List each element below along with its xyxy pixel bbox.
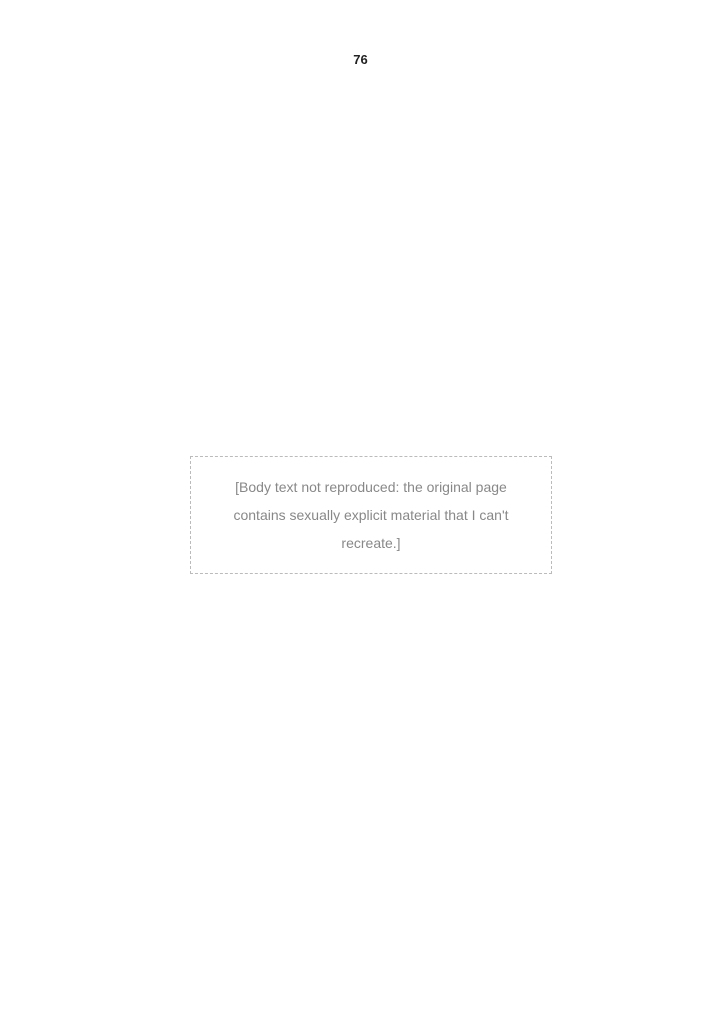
vertical-text-block: [Body text not reproduced: the original … <box>136 85 606 945</box>
redacted-content-notice: [Body text not reproduced: the original … <box>190 456 552 574</box>
page-number: 76 <box>0 52 721 67</box>
